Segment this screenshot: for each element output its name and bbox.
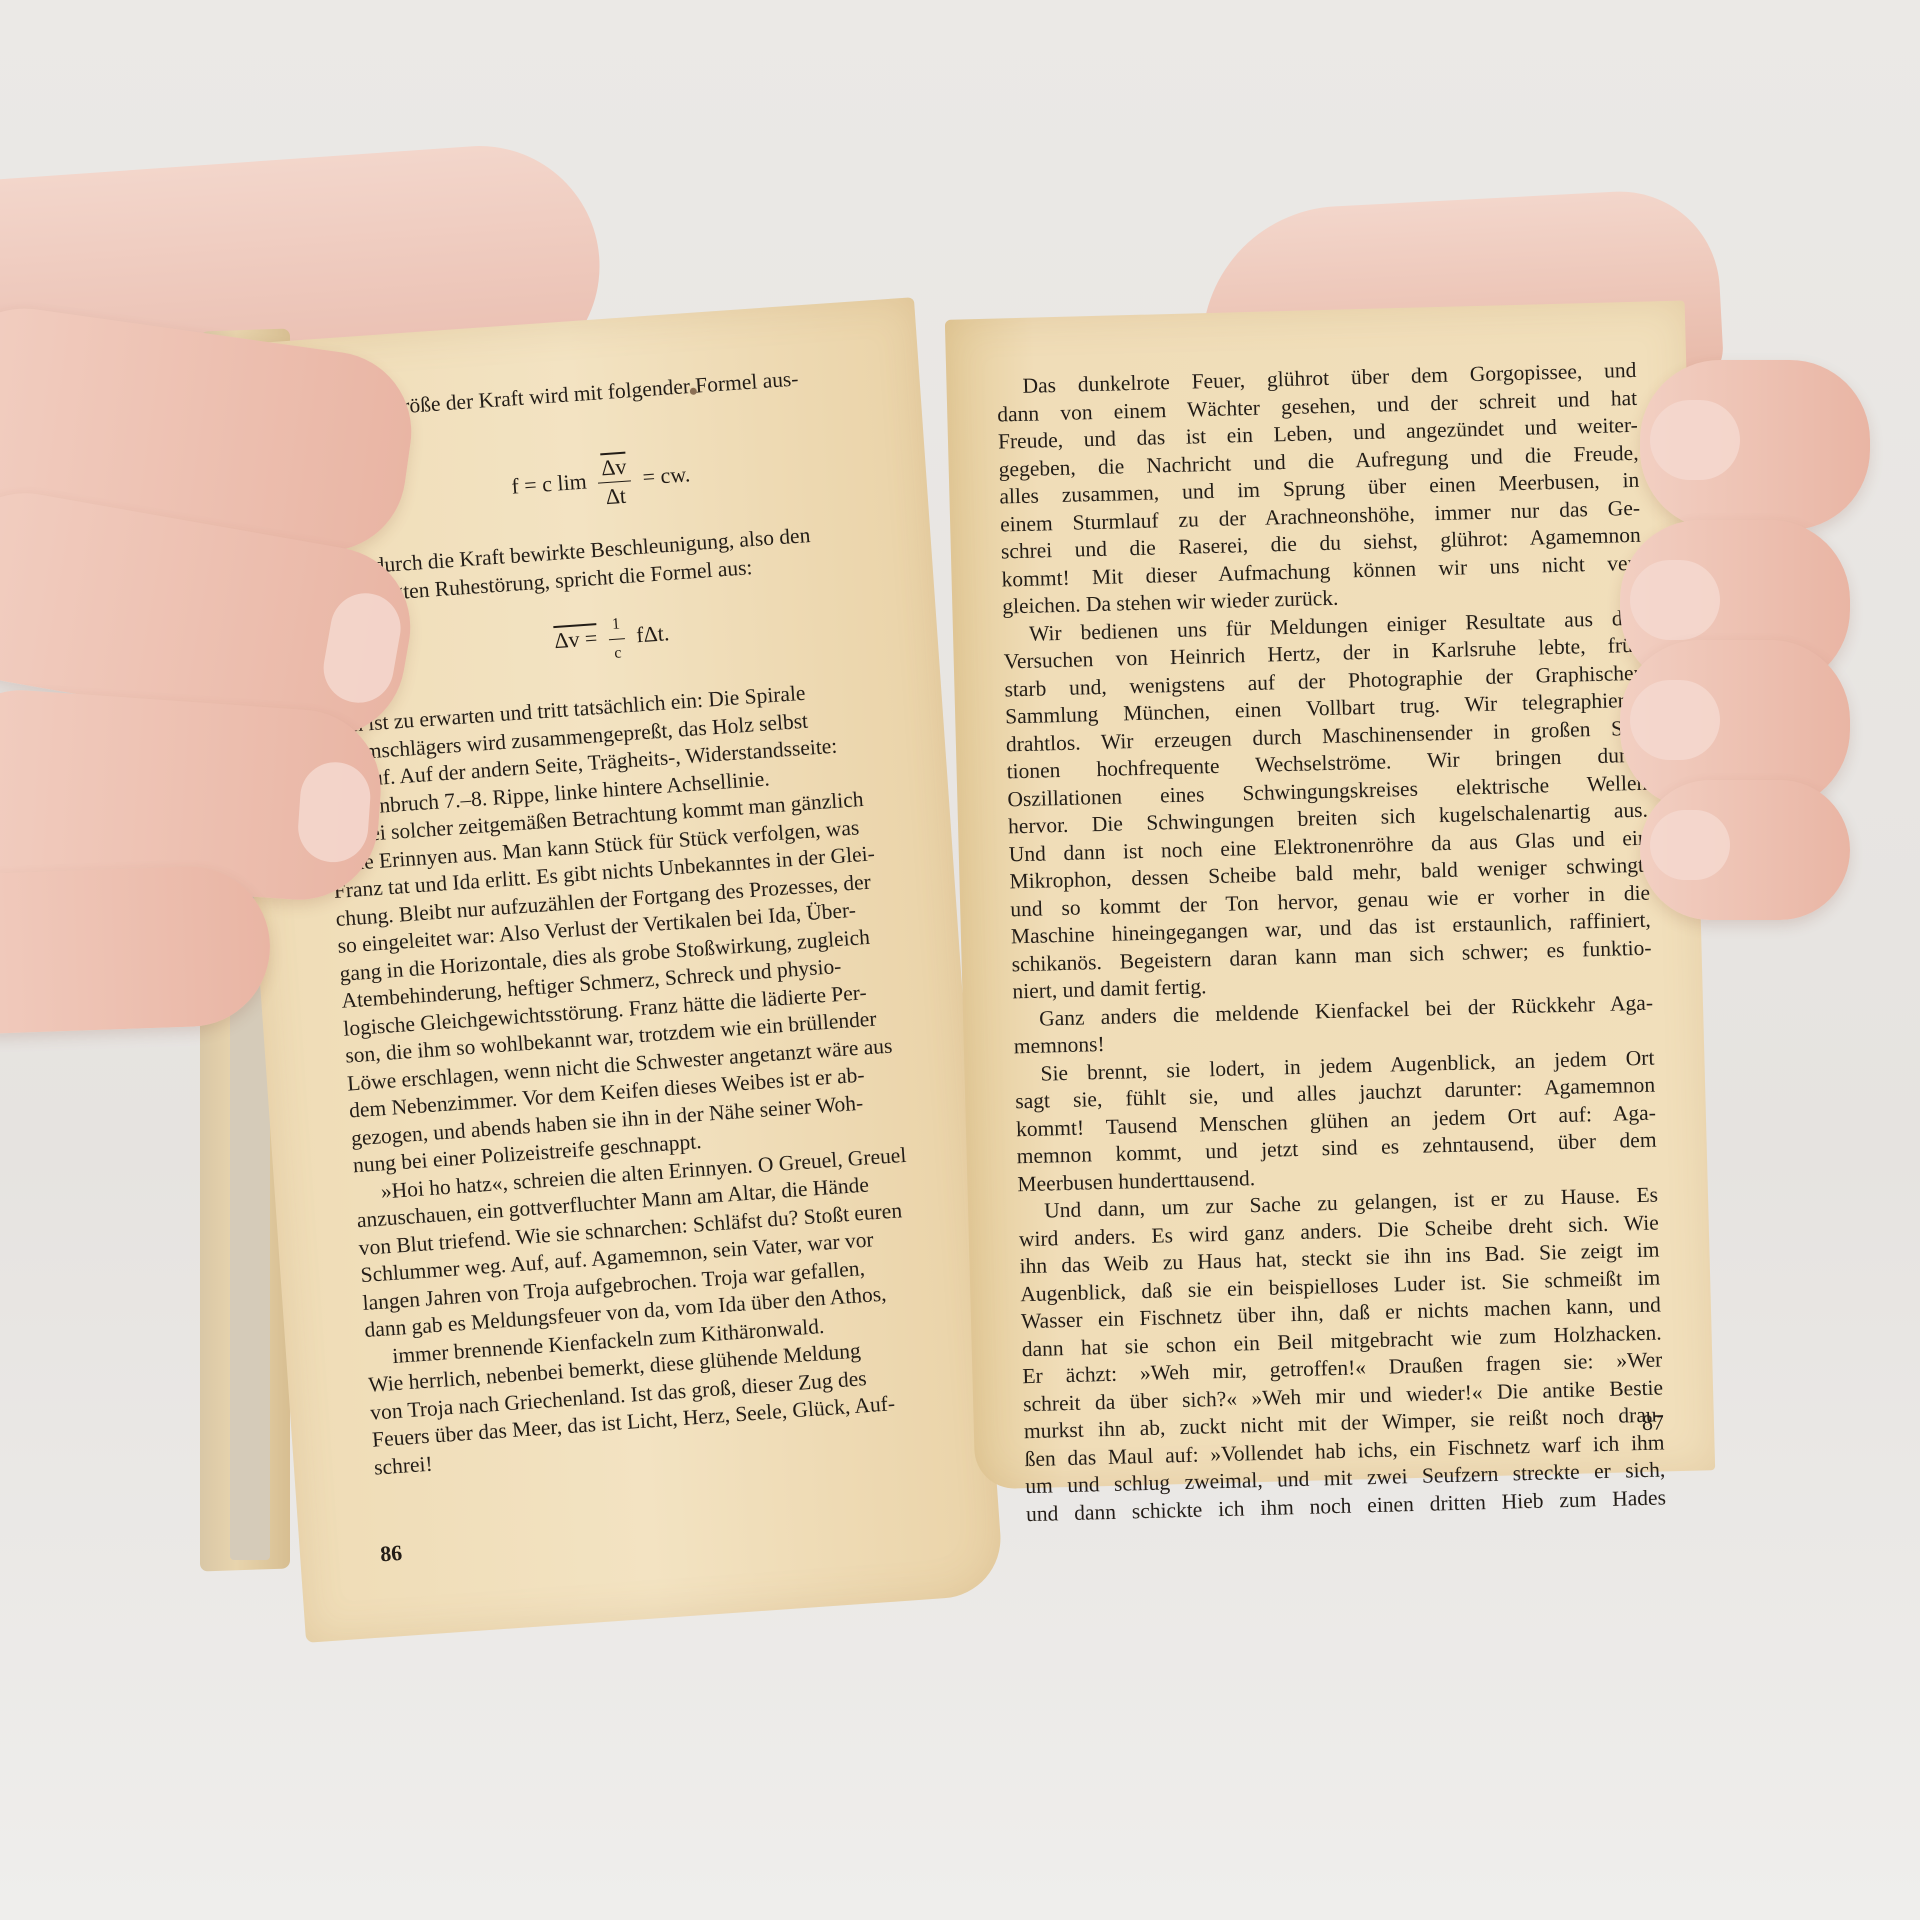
right-hand-little-finger [1640,780,1850,920]
page-number-right: 87 [1642,1409,1665,1436]
formula-lhs: Δv = [553,625,598,653]
left-page-text: halt]. Die Größe der Kraft wird mit folg… [300,359,964,1482]
formula-rhs: fΔt. [635,620,670,647]
right-page: Das dunkelrote Feuer, glührot über dem G… [945,301,1715,1490]
formula-denominator: c [609,639,627,668]
formula-numerator: 1 [607,610,625,640]
formula-fraction: Δv Δt [596,452,633,510]
formula-lhs: f = c lim [511,469,588,499]
formula-numerator: Δv [600,454,627,481]
left-hand-little-finger [0,864,273,1036]
left-page-body: nach ist zu erwarten und tritt tatsächli… [321,672,963,1481]
right-page-text: Das dunkelrote Feuer, glührot über dem G… [996,357,1666,1528]
formula-denominator: Δt [598,481,633,511]
formula-rhs: = cw. [642,461,691,489]
page-number-left: 86 [379,1540,403,1567]
right-hand-index-finger [1640,360,1870,530]
formula-fraction: 1 c [607,610,627,667]
